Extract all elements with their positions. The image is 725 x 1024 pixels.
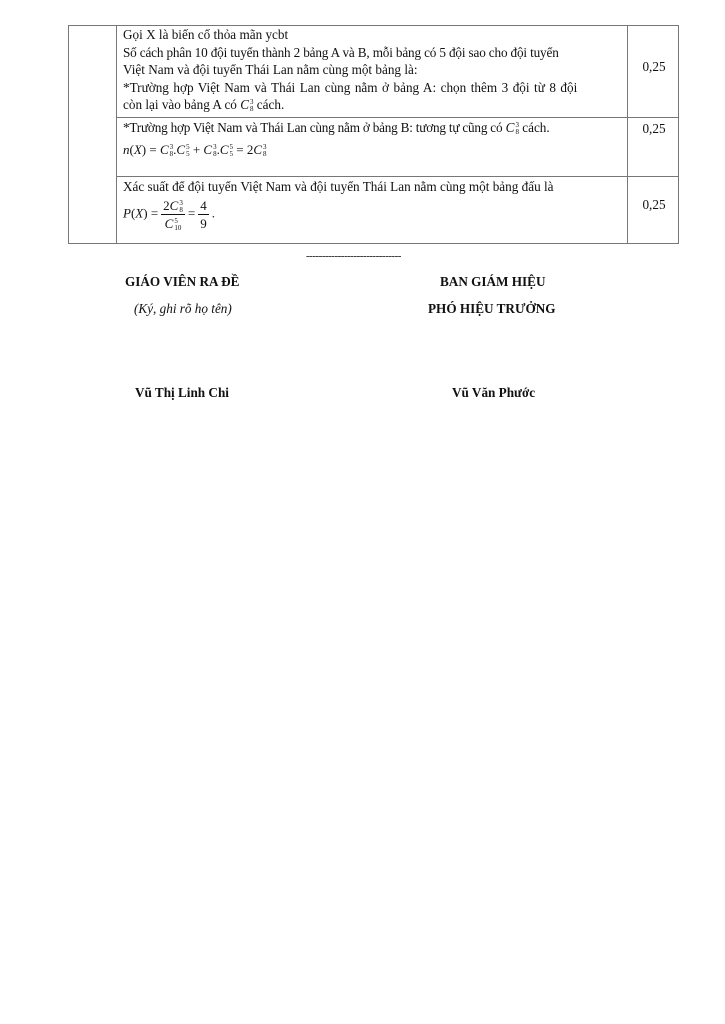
formula-p-x: P(X) =2C38C510=49. (123, 197, 554, 232)
column-divider (116, 26, 117, 243)
score-cell: 0,25 (628, 197, 680, 213)
row3-text: Xác suất để đội tuyển Việt Nam và đội tu… (123, 178, 554, 232)
board-subtitle: PHÓ HIỆU TRƯỞNG (428, 301, 556, 317)
score-cell: 0,25 (628, 59, 680, 75)
formula-n-x: n(X) = C38.C55 + C38.C55 = 2C38 (123, 141, 550, 159)
text-line: Số cách phân 10 đội tuyển thành 2 bảng A… (123, 44, 577, 62)
combination-symbol: C38 (240, 97, 253, 112)
text-line: còn lại vào bảng A có C38 cách. (123, 96, 577, 114)
board-title: BAN GIÁM HIỆU (440, 274, 546, 290)
text-line: *Trường hợp Việt Nam và Thái Lan cùng nằ… (123, 119, 550, 137)
row-divider (116, 117, 678, 118)
text-fragment: cách. (257, 97, 284, 112)
text-line: *Trường hợp Việt Nam và Thái Lan cùng nằ… (123, 79, 577, 97)
row2-text: *Trường hợp Việt Nam và Thái Lan cùng nằ… (123, 119, 550, 158)
teacher-subtitle: (Ký, ghi rõ họ tên) (134, 301, 232, 317)
score-cell: 0,25 (628, 121, 680, 137)
text-fragment: cách. (522, 120, 549, 135)
text-line: Việt Nam và đội tuyển Thái Lan nằm cùng … (123, 61, 577, 79)
row1-text: Gọi X là biến cố thỏa mãn ycbt Số cách p… (123, 26, 577, 114)
text-fragment: còn lại vào bảng A có (123, 97, 237, 112)
text-fragment: *Trường hợp Việt Nam và Thái Lan cùng nằ… (123, 120, 502, 135)
text-line: Gọi X là biến cố thỏa mãn ycbt (123, 26, 577, 44)
board-name: Vũ Văn Phước (452, 385, 535, 401)
combination-symbol: C38 (506, 120, 519, 135)
answer-table: Gọi X là biến cố thỏa mãn ycbt Số cách p… (68, 25, 679, 244)
text-line: Xác suất để đội tuyển Việt Nam và đội tu… (123, 178, 554, 196)
row-divider (116, 176, 678, 177)
teacher-name: Vũ Thị Linh Chi (135, 385, 229, 401)
separator-line: ------------------------------ (306, 250, 401, 262)
teacher-title: GIÁO VIÊN RA ĐỀ (125, 274, 239, 290)
